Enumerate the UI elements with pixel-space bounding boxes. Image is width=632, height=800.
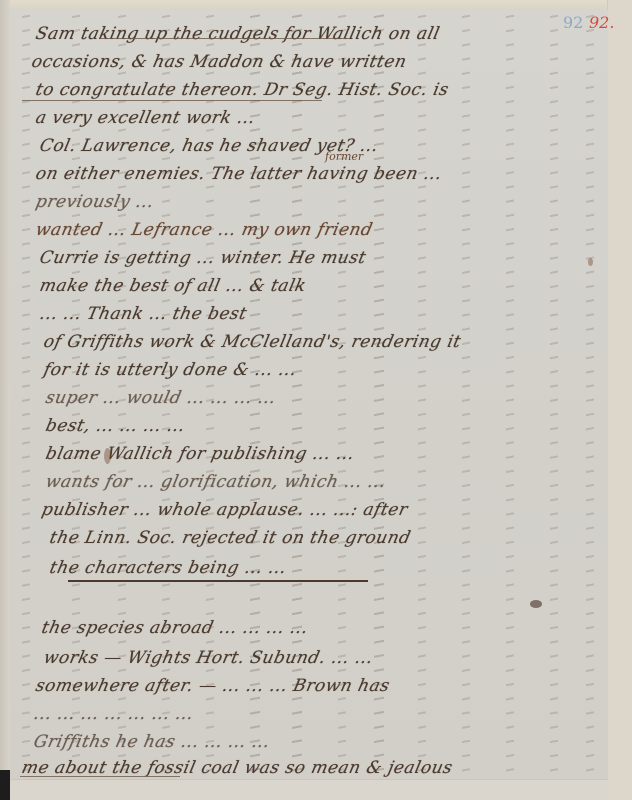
- manuscript-line-20: the characters being ... ...: [48, 558, 288, 578]
- manuscript-line-6: on either enemies. The latter having bee…: [34, 164, 444, 184]
- cross-writing-column: [418, 10, 426, 780]
- strikethrough-line: [100, 38, 350, 39]
- folio-number-stamp: 92: [563, 13, 583, 32]
- left-binding-edge: [0, 0, 10, 800]
- manuscript-line-10: make the best of all ... & talk: [38, 276, 308, 296]
- manuscript-line-13: for it is utterly done & ... ...: [42, 360, 299, 380]
- manuscript-page: Sam taking up the cudgels for Wallich on…: [10, 10, 608, 780]
- cross-writing-column: [462, 10, 470, 780]
- ink-blot: [588, 258, 593, 266]
- strikethrough-line: [20, 776, 180, 777]
- phrase-underline: [68, 580, 368, 582]
- manuscript-line-24: ... ... ... ... ... ... ...: [32, 704, 196, 724]
- manuscript-line-2: occasions, & has Maddon & have written: [30, 52, 409, 72]
- manuscript-line-3: to congratulate thereon. Dr Seg. Hist. S…: [34, 80, 451, 100]
- manuscript-line-25: Griffiths he has ... ... ... ...: [32, 732, 272, 752]
- cross-writing-column: [506, 10, 514, 780]
- manuscript-line-26: me about the fossil coal was so mean & j…: [20, 758, 455, 778]
- manuscript-line-23: somewhere after. — ... ... ... Brown has: [34, 676, 392, 696]
- manuscript-line-7: previously ...: [34, 192, 156, 212]
- cross-writing-column: [374, 10, 384, 780]
- manuscript-line-8: wanted ... Lefrance ... my own friend: [34, 220, 375, 240]
- manuscript-line-14: super ... would ... ... ... ...: [44, 388, 278, 408]
- scan-shadow-corner: [0, 770, 10, 800]
- manuscript-line-17: wants for ... glorification, which ... .…: [44, 472, 388, 492]
- folio-number-pencil: 92.: [589, 13, 614, 32]
- manuscript-line-15: best, ... ... ... ...: [44, 416, 187, 436]
- manuscript-line-1: Sam taking up the cudgels for Wallich on…: [34, 24, 442, 44]
- manuscript-line-16: blame Wallich for publishing ... ...: [44, 444, 356, 464]
- manuscript-line-18: publisher ... whole applause. ... ...: a…: [40, 500, 410, 520]
- manuscript-line-9: Currie is getting ... winter. He must: [38, 248, 368, 268]
- strikethrough-line: [22, 100, 322, 101]
- manuscript-line-12: of Griffiths work & McClelland's, render…: [42, 332, 463, 352]
- manuscript-line-4: a very excellent work ...: [34, 108, 257, 128]
- manuscript-line-22: works — Wights Hort. Subund. ... ...: [42, 648, 375, 668]
- cross-writing-column: [550, 10, 558, 780]
- cross-writing-column: [586, 10, 594, 780]
- bottom-margin-strip: [10, 779, 608, 800]
- manuscript-line-11: ... ... Thank ... the best: [38, 304, 249, 324]
- ink-blot: [530, 600, 542, 608]
- manuscript-line-19: the Linn. Soc. rejected it on the ground: [48, 528, 413, 548]
- interlinear-note: former: [325, 150, 363, 163]
- ink-blot: [104, 448, 111, 464]
- manuscript-line-21: the species abroad ... ... ... ...: [40, 618, 310, 638]
- right-mount-edge: [607, 0, 632, 800]
- cross-writing-column: [22, 10, 30, 780]
